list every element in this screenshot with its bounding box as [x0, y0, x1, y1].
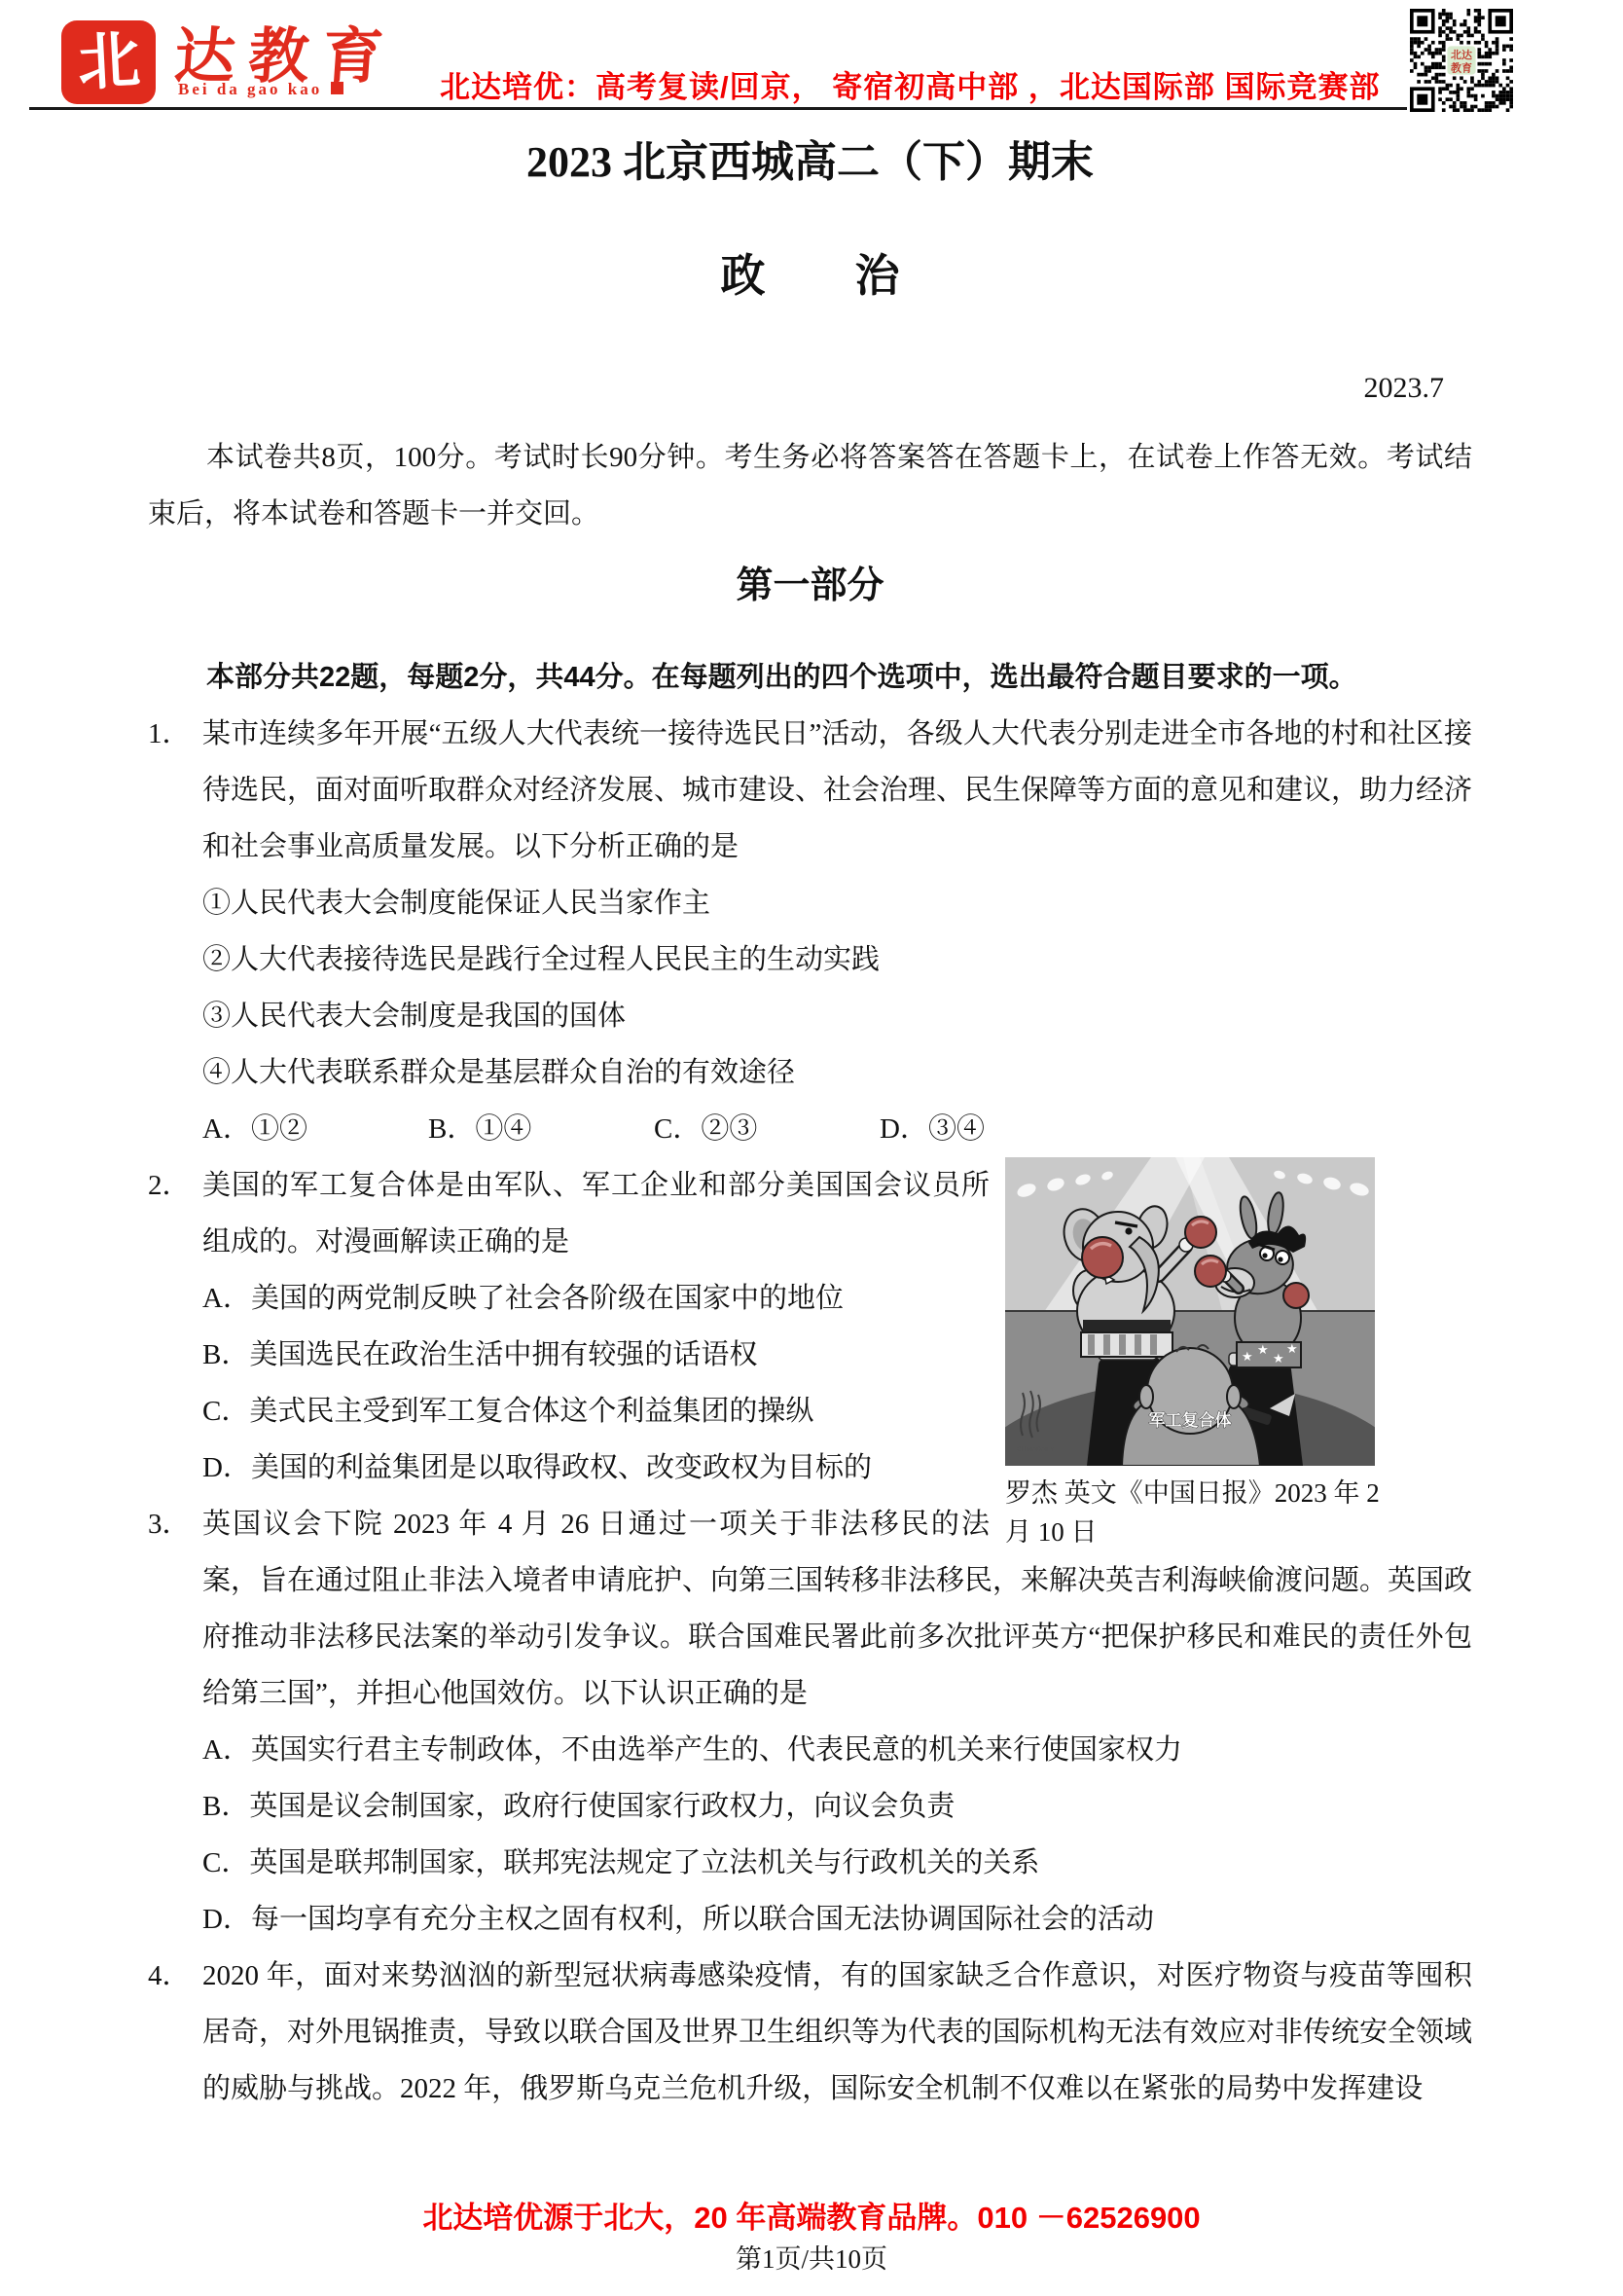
svg-text:★: ★: [1273, 1351, 1284, 1366]
choice-a: A．英国实行君主专制政体，不由选举产生的、代表民意的机关来行使国家权力: [202, 1722, 1472, 1778]
cartoon-image: ★★★★: [1005, 1157, 1375, 1466]
choice-b: B．①④: [428, 1101, 654, 1157]
question-1-subitem: ②人大代表接待选民是践行全过程人民民主的生动实践: [202, 931, 1472, 988]
svg-text:CHINADAILY: CHINADAILY: [1017, 1446, 1055, 1453]
svg-text:★: ★: [1242, 1349, 1253, 1364]
choice-b: B．英国是议会制国家，政府行使国家行政权力，向议会负责: [202, 1778, 1472, 1835]
question-4-number: 4．: [148, 1948, 191, 2004]
exam-paper-page: 北 达教育 Bei da gao kao 北达培优：高考复读/回京， 寄宿初高中…: [0, 0, 1623, 2296]
choice-d: D．③④: [880, 1101, 985, 1157]
brand-square-icon: [331, 82, 343, 94]
question-1-stem: 某市连续多年开展“五级人大代表统一接待选民日”活动，各级人大代表分别走进全市各地…: [202, 706, 1472, 875]
brand-subtitle-text: Bei da gao kao: [178, 80, 322, 98]
question-2-stem: 美国的军工复合体是由军队、军工企业和部分美国国会议员所组成的。对漫画解读正确的是: [202, 1170, 990, 1257]
footer-promo: 北达培优源于北大，20 年高端教育品牌。010 －62526900: [0, 2193, 1623, 2237]
question-3: 3． 英国议会下院 2023 年 4 月 26 日通过一项关于非法移民的法案，旨…: [148, 1496, 1472, 1948]
page-indicator: 第1页/共10页: [0, 2238, 1623, 2276]
question-1-subitem: ③人民代表大会制度是我国的国体: [202, 988, 1472, 1044]
question-1-choices: A．①②B．①④C．②③D．③④: [202, 1101, 1472, 1157]
qr-code: 北达 教育: [1407, 5, 1516, 116]
part1-heading: 第一部分: [148, 558, 1472, 614]
choice-c: C．英国是联邦制国家，联邦宪法规定了立法机关与行政机关的关系: [202, 1835, 1472, 1891]
header: 北 达教育 Bei da gao kao 北达培优：高考复读/回京， 寄宿初高中…: [0, 0, 1623, 112]
qr-label-line2: 教育: [1450, 60, 1472, 74]
part1-instructions: 本部分共22题，每题2分，共44分。在每题列出的四个选项中，选出最符合题目要求的…: [148, 649, 1472, 706]
svg-text:★: ★: [1286, 1341, 1298, 1356]
subject-title: 政 治: [148, 244, 1472, 309]
header-divider: [29, 107, 1492, 110]
document-body: 2023 北京西城高二（下）期末 政 治 2023.7 本试卷共8页，100分。…: [148, 112, 1472, 2117]
choice-a: A．①②: [202, 1101, 428, 1157]
qr-code-image: 北达 教育: [1410, 9, 1513, 112]
choice-c: C．②③: [654, 1101, 880, 1157]
question-1-subitem: ①人民代表大会制度能保证人民当家作主: [202, 875, 1472, 931]
brand-seal-logo: 北: [61, 20, 156, 104]
exam-date: 2023.7: [148, 369, 1472, 408]
question-2-number: 2．: [148, 1157, 191, 1214]
question-3-number: 3．: [148, 1496, 191, 1552]
header-tagline: 北达培优：高考复读/回京， 寄宿初高中部 ，北达国际部 国际竞赛部: [440, 62, 1380, 106]
question-2-stem-block: ★★★★: [202, 1157, 1472, 1270]
cartoon-figure: ★★★★: [1005, 1157, 1472, 1551]
question-1: 1． 某市连续多年开展“五级人大代表统一接待选民日”活动，各级人大代表分别走进全…: [148, 706, 1472, 1157]
question-2: 2．: [148, 1157, 1472, 1496]
seal-character: 北: [76, 29, 141, 94]
svg-text:★: ★: [1257, 1342, 1269, 1357]
exam-instructions: 本试卷共8页，100分。考试时长90分钟。考生务必将答案答在答题卡上，在试卷上作…: [148, 429, 1472, 542]
question-4-stem: 2020 年，面对来势汹汹的新型冠状病毒感染疫情，有的国家缺乏合作意识，对医疗物…: [202, 1948, 1472, 2117]
choice-d: D．每一国均享有充分主权之固有权利，所以联合国无法协调国际社会的活动: [202, 1891, 1472, 1948]
page-title: 2023 北京西城高二（下）期末: [148, 131, 1472, 194]
military-industrial-complex-label: 军工复合体: [1149, 1410, 1232, 1430]
qr-label-line1: 北达: [1451, 48, 1472, 61]
brand-subtitle: Bei da gao kao: [178, 80, 343, 99]
question-1-subitem: ④人大代表联系群众是基层群众自治的有效途径: [202, 1044, 1472, 1101]
question-1-number: 1．: [148, 706, 191, 762]
question-4: 4． 2020 年，面对来势汹汹的新型冠状病毒感染疫情，有的国家缺乏合作意识，对…: [148, 1948, 1472, 2117]
question-3-stem: 英国议会下院 2023 年 4 月 26 日通过一项关于非法移民的法案，旨在通过…: [202, 1496, 1472, 1722]
